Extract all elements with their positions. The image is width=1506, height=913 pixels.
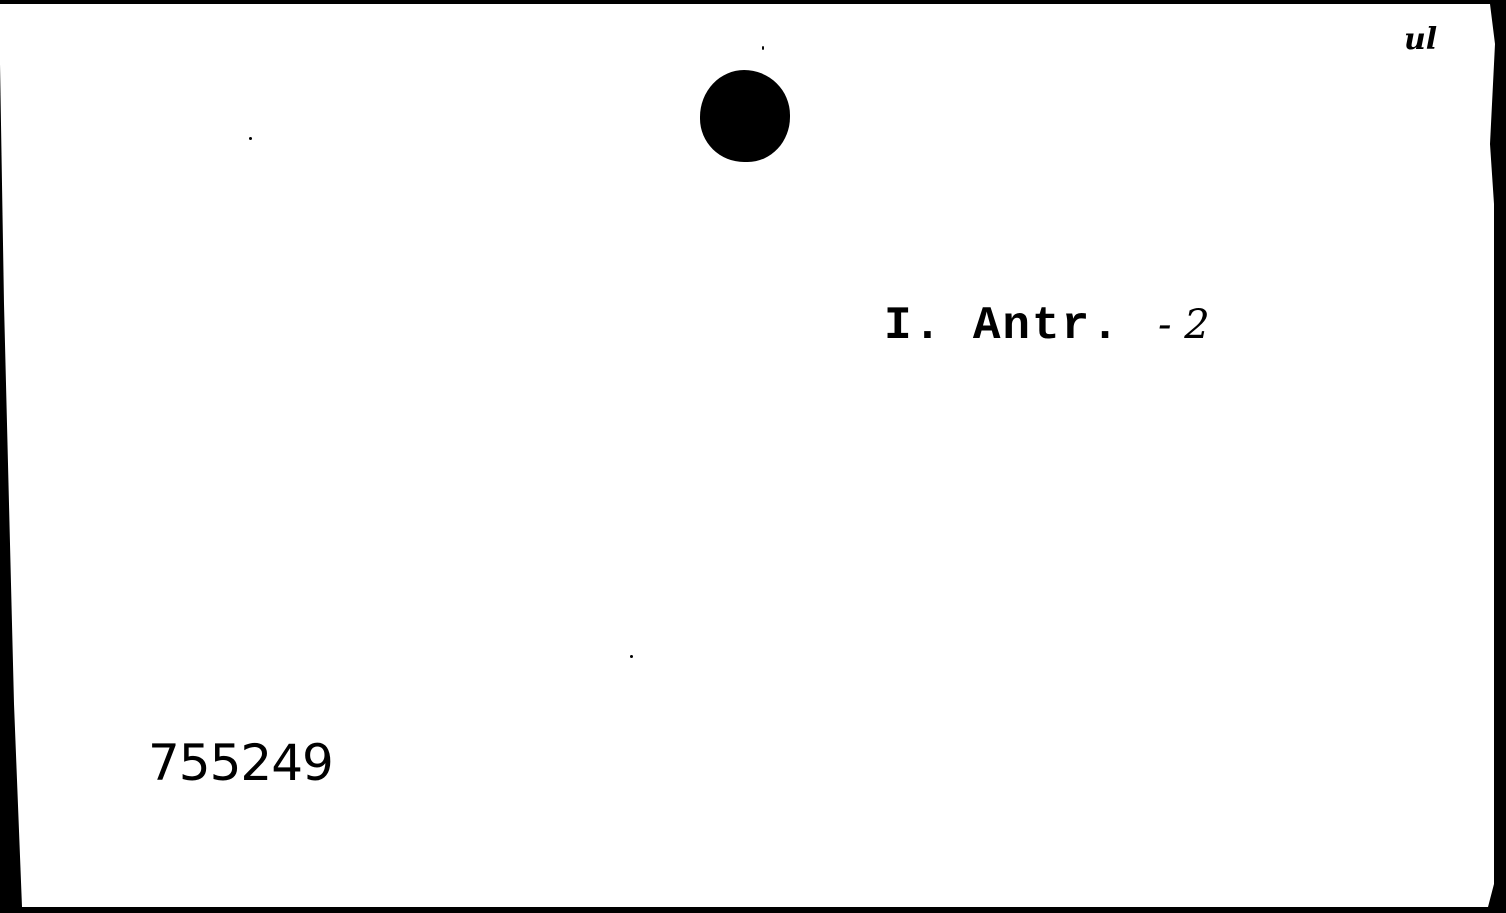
speck: [762, 46, 764, 50]
corner-initials: ul: [1404, 22, 1437, 57]
card-number: 755249: [148, 734, 333, 792]
speck: [630, 655, 633, 658]
handwritten-suffix: - 2: [1158, 302, 1210, 348]
index-card: ul I. Antr. - 2 755249: [0, 4, 1498, 910]
card-heading: I. Antr.: [884, 300, 1121, 352]
punch-hole: [700, 70, 790, 162]
speck: [249, 137, 252, 140]
